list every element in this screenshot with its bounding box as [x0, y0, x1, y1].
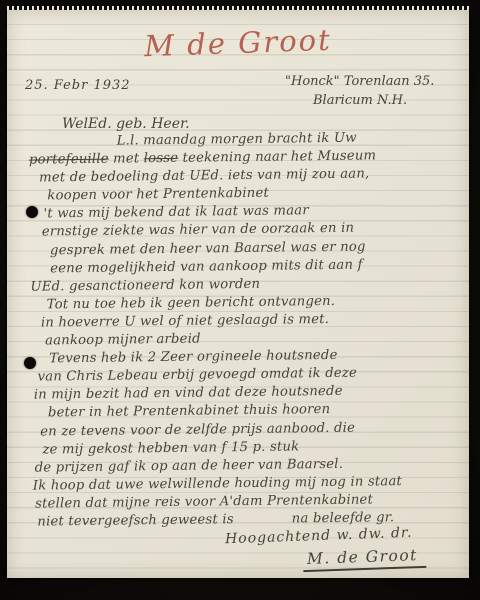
letter-date: 25. Febr 1932 [25, 78, 131, 93]
letter-line-text: teekening naar het Museum [178, 148, 376, 165]
letter-paper: M de Groot 25. Febr 1932 "Honck" Torenla… [7, 10, 469, 578]
archivist-annotation: M de Groot [7, 18, 470, 68]
sender-address: "Honck" Torenlaan 35. Blaricum N.H. [285, 72, 434, 110]
struck-word: portefeuille [29, 152, 109, 168]
address-line-2: Blaricum N.H. [313, 91, 434, 110]
struck-word: losse [144, 151, 179, 166]
closing-left: niet tevergeefsch geweest is [37, 511, 234, 531]
address-line-1: "Honck" Torenlaan 35. [285, 74, 434, 89]
closing-gap [234, 510, 292, 529]
signature: M. de Groot [303, 546, 427, 572]
letter-line-text: met [109, 151, 144, 166]
letter-body: L.l. maandag morgen bracht ik Uw portefe… [29, 128, 464, 531]
salutation: WelEd. geb. Heer. [62, 116, 190, 132]
perforation-edge [7, 6, 469, 10]
photo-background: M de Groot 25. Febr 1932 "Honck" Torenla… [0, 0, 480, 600]
